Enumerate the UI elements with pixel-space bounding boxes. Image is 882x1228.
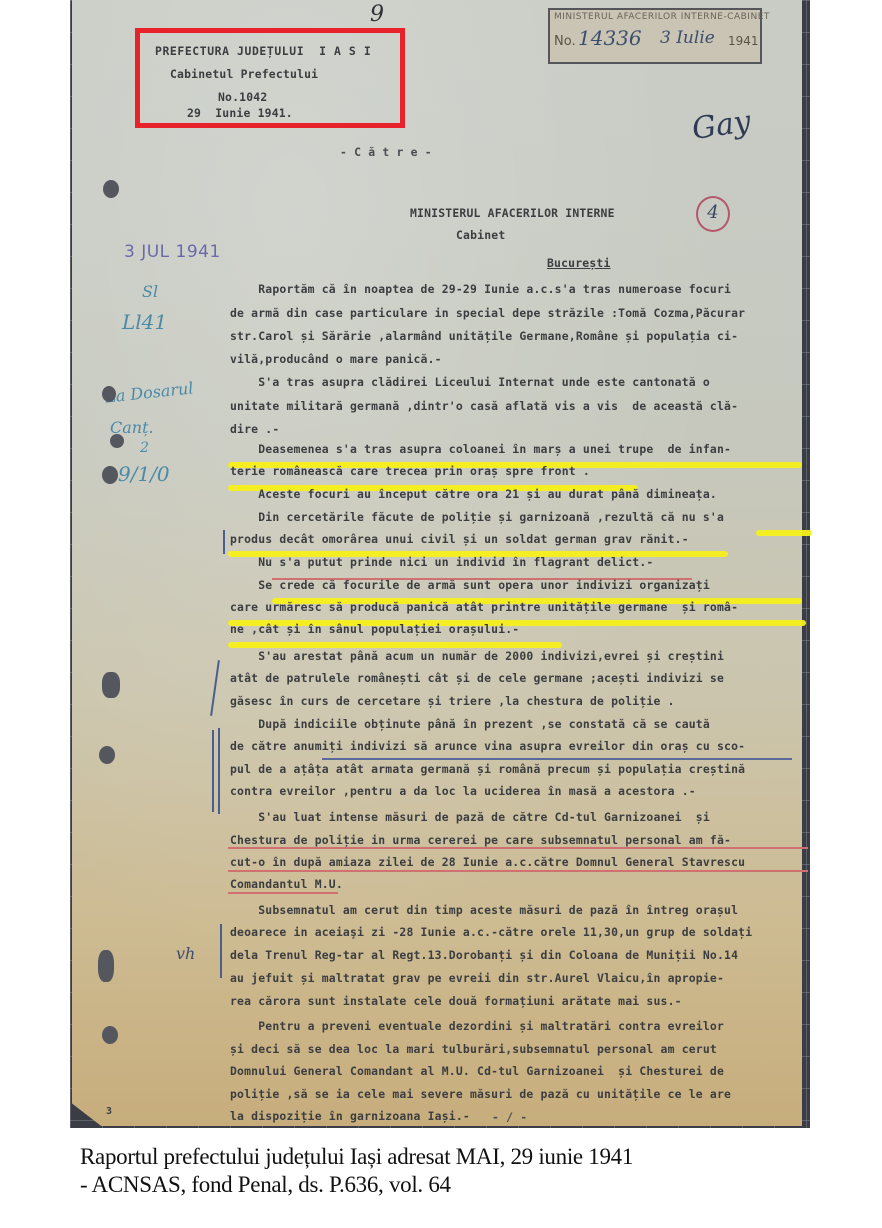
body-line: găsesc în curs de cercetare și triere ,l… xyxy=(230,694,675,708)
punch-hole xyxy=(103,180,119,198)
body-line: Domnului General Comandant al M.U. Cd-tu… xyxy=(230,1064,724,1078)
body-line: ne ,cât și în sânul populației orașului.… xyxy=(230,622,519,636)
yellow-highlight xyxy=(228,642,562,648)
body-line: dire .- xyxy=(230,422,279,436)
highlight-box xyxy=(135,28,405,128)
addressee-to: - C ă t r e - xyxy=(340,145,432,159)
punch-hole xyxy=(98,950,114,982)
margin-note-5: 2 xyxy=(140,440,149,456)
punch-hole xyxy=(110,434,124,448)
margin-line xyxy=(212,730,214,812)
body-line: Nu s'a putut prinde nici un individ în f… xyxy=(230,555,653,569)
received-date-stamp: 3 JUL 1941 xyxy=(124,242,221,262)
body-line: rea cărora sunt instalate cele două form… xyxy=(230,994,682,1008)
body-line: care urmăresc să producă panică atât pri… xyxy=(230,600,738,614)
margin-note-2: Ll41 xyxy=(122,310,167,334)
body-line: pul de a ațâța atât armata germană și ro… xyxy=(230,762,745,776)
body-line: deoarece in aceiaşi zi -28 Iunie a.c.-că… xyxy=(230,925,752,939)
caption-line-1: Raportul prefectului județului Iași adre… xyxy=(80,1143,633,1171)
body-line: poliție ,să se ia cele mai severe măsuri… xyxy=(230,1087,731,1101)
red-underline xyxy=(228,847,808,849)
body-line: S'a tras asupra clădirei Liceului Intern… xyxy=(230,375,710,389)
body-line: vilă,producând o mare panică.- xyxy=(230,352,442,366)
stamp-year: 1941 xyxy=(728,34,759,48)
body-line: S'au luat intense măsuri de pază de cătr… xyxy=(230,810,710,824)
continuation-mark: - / - xyxy=(492,1110,527,1124)
body-line: Se crede că focurile de armă sunt opera … xyxy=(230,578,710,592)
body-line: și deci să se dea loc la mari tulburări,… xyxy=(230,1042,717,1056)
stamp-date: 3 Iulie xyxy=(660,28,715,48)
margin-line xyxy=(218,728,220,814)
body-line: de armă din case particulare in special … xyxy=(230,306,745,320)
margin-line xyxy=(220,924,222,978)
registration-stamp: MINISTERUL AFACERILOR INTERNE-CABINET No… xyxy=(548,8,762,64)
body-line: terie românească care trecea prin oraș s… xyxy=(230,464,590,478)
punch-hole xyxy=(102,1026,118,1044)
body-line: unitate militară germană ,dintr'o casă a… xyxy=(230,399,738,413)
body-line: str.Carol și Sărărie ,alarmând unitățile… xyxy=(230,329,738,343)
yellow-highlight xyxy=(756,530,812,536)
body-line: produs decât omorârea unui civil și un s… xyxy=(230,532,689,546)
red-underline xyxy=(228,892,338,894)
body-line: După indiciile obținute până în prezent … xyxy=(230,717,710,731)
addressee-department: Cabinet xyxy=(456,228,505,242)
body-line: Comandantul M.U. xyxy=(230,877,343,891)
margin-note-6: 9/1/0 xyxy=(118,462,170,486)
punch-hole xyxy=(99,746,115,764)
body-line: Chestura de poliție in urma cererei pe c… xyxy=(230,833,731,847)
punch-hole xyxy=(102,386,116,402)
body-line: Raportăm că în noaptea de 29-29 Iunie a.… xyxy=(230,282,731,296)
body-line: Pentru a preveni eventuale dezordini și … xyxy=(230,1019,724,1033)
margin-note-1: Sl xyxy=(142,282,158,301)
handwritten-page-number: 9 xyxy=(370,2,384,27)
body-line: Deasemenea s'a tras asupra coloanei în m… xyxy=(230,442,731,456)
stamp-no-label: No. xyxy=(554,34,576,49)
page-footer-number: 3 xyxy=(106,1106,112,1117)
body-line: contra evreilor ,pentru a da loc la ucid… xyxy=(230,784,696,798)
body-line: dela Trenul Reg-tar al Regt.13.Dorobanți… xyxy=(230,948,738,962)
stamp-number: 14336 xyxy=(578,26,642,50)
body-line: Din cercetările făcute de poliție și gar… xyxy=(230,510,724,524)
blue-underline xyxy=(322,758,792,760)
caption-line-2: - ACNSAS, fond Penal, ds. P.636, vol. 64 xyxy=(80,1171,633,1199)
body-line: cut-o în după amiaza zilei de 28 Iunie a… xyxy=(230,855,745,869)
punch-hole xyxy=(102,466,118,484)
body-line: S'au arestat până acum un număr de 2000 … xyxy=(230,649,724,663)
addressee-ministry: MINISTERUL AFACERILOR INTERNE xyxy=(410,206,615,220)
punch-hole xyxy=(102,672,120,698)
margin-initials: vh xyxy=(176,944,195,963)
body-line: la dispoziție în garnizoana Iași.- xyxy=(230,1109,470,1123)
circled-number: 4 xyxy=(696,196,730,232)
image-caption: Raportul prefectului județului Iași adre… xyxy=(80,1143,633,1199)
stamp-title: MINISTERUL AFACERILOR INTERNE-CABINET xyxy=(554,12,770,22)
addressee-city: București xyxy=(547,256,611,270)
red-underline xyxy=(228,870,808,872)
margin-line xyxy=(223,530,225,554)
body-line: au jefuit și maltratat grav pe evreii di… xyxy=(230,971,724,985)
body-line: atât de patrulele românești cât și de ce… xyxy=(230,671,724,685)
body-line: de către anumiți indivizi să arunce vina… xyxy=(230,739,745,753)
body-line: Aceste focuri au început către ora 21 și… xyxy=(230,487,717,501)
body-line: Subsemnatul am cerut din timp aceste măs… xyxy=(230,903,738,917)
